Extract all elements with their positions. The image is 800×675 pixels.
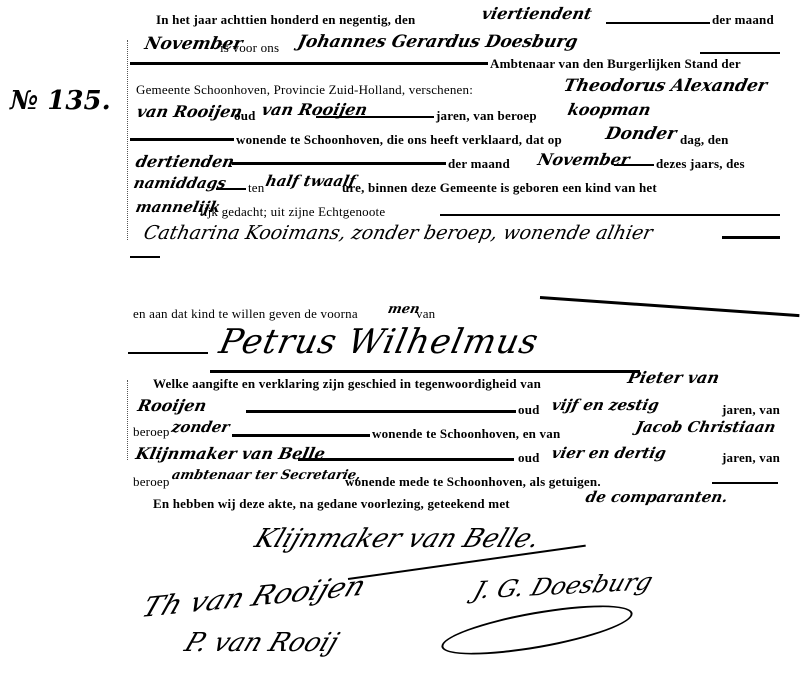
printed-text: beroep	[133, 474, 170, 490]
handwritten-age: vijf en zestig	[550, 396, 661, 414]
fill-line	[128, 352, 208, 354]
handwritten-witness-2: Jacob Christiaan	[634, 418, 777, 436]
printed-text: is voor ons	[220, 40, 279, 56]
signature-klijnmaker: Klijnmaker van Belle.	[251, 524, 545, 554]
printed-text: oud	[234, 108, 256, 124]
handwritten-word: de comparanten.	[584, 488, 729, 506]
printed-text: oud	[518, 450, 540, 466]
record-number: № 135.	[10, 86, 111, 116]
fill-line	[210, 370, 640, 373]
printed-text: van	[416, 306, 435, 322]
signature-doesburg: J. G. Doesburg	[470, 567, 656, 604]
handwritten-time-of-day: namiddags	[132, 174, 228, 192]
fill-line	[246, 410, 516, 413]
printed-text: wonende mede te Schoonhoven, als getuige…	[345, 474, 601, 490]
printed-text: Gemeente Schoonhoven, Provincie Zuid-Hol…	[136, 82, 473, 98]
handwritten-weekday: Donder	[604, 124, 678, 144]
fill-line	[540, 296, 800, 317]
fill-line	[614, 164, 654, 166]
handwritten-age: vier en dertig	[550, 444, 668, 462]
handwritten-birth-month: November	[536, 150, 632, 169]
printed-text: ure, binnen deze Gemeente is geboren een…	[342, 180, 657, 196]
fill-line	[130, 256, 160, 258]
margin-rule	[127, 40, 128, 240]
printed-text: jaren, van beroep	[436, 108, 537, 124]
fill-line	[316, 116, 434, 118]
handwritten-birth-day: dertienden	[134, 152, 236, 171]
handwritten-child-name: Petrus Wilhelmus	[216, 322, 543, 362]
printed-text: dag, den	[680, 132, 729, 148]
fill-line	[216, 188, 246, 190]
margin-rule	[127, 380, 128, 460]
fill-line	[722, 236, 780, 239]
handwritten-day: viertiendent	[480, 4, 594, 23]
handwritten-witness-1-surname: Rooijen	[136, 396, 208, 415]
fill-line	[712, 482, 778, 484]
printed-text: wonende te Schoonhoven, die ons heeft ve…	[236, 132, 562, 148]
handwritten-occupation: zonder	[170, 418, 231, 436]
printed-text: Ambtenaar van den Burgerlijken Stand der	[490, 56, 741, 72]
printed-text: jaren, van	[722, 402, 780, 418]
printed-text: wonende te Schoonhoven, en van	[372, 426, 560, 442]
signature-th-van-rooijen: Th van Rooijen	[137, 569, 370, 624]
handwritten-surname: van Rooijen	[135, 102, 244, 121]
fill-line	[232, 162, 446, 165]
fill-line	[606, 22, 710, 24]
fill-line	[700, 52, 780, 54]
fill-line	[440, 214, 780, 216]
printed-text: lijk gedacht; uit zijne Echtgenoote	[200, 204, 385, 220]
handwritten-witness-1: Pieter van	[626, 368, 721, 387]
printed-text: der maand	[448, 156, 510, 172]
printed-text: der maand	[712, 12, 774, 28]
printed-text: beroep	[133, 424, 170, 440]
printed-text: In het jaar achttien honderd en negentig…	[156, 12, 415, 28]
printed-text: ten	[248, 180, 264, 196]
signature-flourish	[438, 595, 635, 664]
fill-line	[298, 458, 514, 461]
printed-text: en aan dat kind te willen geven de voorn…	[133, 306, 358, 322]
printed-text: En hebben wij deze akte, na gedane voorl…	[153, 496, 510, 512]
printed-text: jaren, van	[722, 450, 780, 466]
handwritten-declarant-name: Theodorus Alexander	[562, 76, 769, 96]
handwritten-occupation: ambtenaar ter Secretarie,	[170, 468, 362, 483]
handwritten-official-name: Johannes Gerardus Doesburg	[296, 32, 580, 52]
printed-text: oud	[518, 402, 540, 418]
handwritten-mother: Catharina Kooimans, zonder beroep, wonen…	[142, 222, 655, 244]
fill-line	[232, 434, 370, 437]
printed-text: dezes jaars, des	[656, 156, 745, 172]
handwritten-occupation: koopman	[566, 100, 653, 119]
signature-p-van-rooij: P. van Rooij	[181, 628, 343, 658]
printed-text: Welke aangifte en verklaring zijn geschi…	[153, 376, 541, 392]
fill-line	[130, 62, 488, 65]
fill-line	[130, 138, 234, 141]
